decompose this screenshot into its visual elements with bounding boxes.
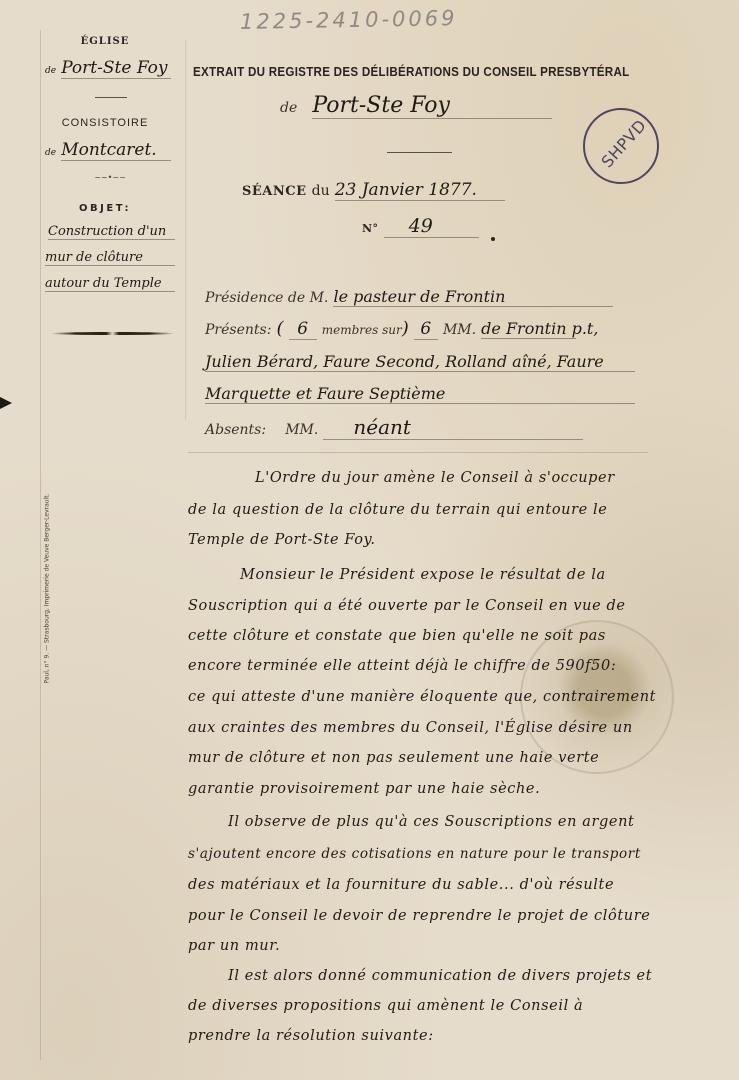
body-line: aux craintes des membres du Conseil, l'É… [188,720,633,736]
stamp-text: SHPVD [597,116,650,172]
body-line: Il observe de plus qu'à ces Souscription… [228,814,634,830]
location-prefix: de [280,100,297,116]
column-divider [185,40,186,420]
session-date: 23 Janvier 1877. [335,180,505,201]
presidence-value: le pasteur de Frontin [333,287,613,307]
body-line: Temple de Port-Ste Foy. [188,532,376,548]
number-dot [491,237,495,241]
objet-line-1: Construction d'un [48,224,175,240]
body-line: Souscription qui a été ouverte par le Co… [188,598,626,614]
presidence-row: Présidence de M. le pasteur de Frontin [205,287,635,307]
body-line: mur de clôture et non pas seulement une … [188,750,599,766]
absents-value: néant [323,415,583,440]
consistoire-prefix: de [45,148,56,158]
absents-row: Absents: MM. néant [205,415,635,440]
eglise-value: Port-Ste Foy [61,58,171,79]
eglise-field: de Port-Ste Foy [45,58,175,80]
sidebar-rule [95,97,127,98]
attendance-divider [188,452,648,453]
body-line: Il est alors donné communication de dive… [228,968,652,984]
body-line: pour le Conseil le devoir de reprendre l… [188,908,650,924]
location-value: Port-Ste Foy [312,93,552,119]
header-rule [387,152,452,153]
body-line: des matériaux et la fourniture du sable.… [188,877,614,893]
shpvd-stamp: SHPVD [583,108,659,184]
session-date-field: SÉANCE du 23 Janvier 1877. [242,180,542,201]
printer-imprint: Paul, n° 9. — Strasbourg, Imprimerie de … [44,493,51,683]
presents-row: Présents: ( 6 membres sur) 6 MM. de Fron… [205,318,675,340]
body-line: encore terminée elle atteint déjà le chi… [188,658,616,674]
objet-line-3: autour du Temple [45,276,175,292]
body-line: s'ajoutent encore des cotisations en nat… [188,846,641,862]
session-number-field: N° 49 [362,215,502,238]
objet-label: OBJET: [30,203,180,214]
body-line: Monsieur le Président expose le résultat… [240,567,606,583]
archive-reference: 1225-2410-0069 [240,6,458,34]
presidence-label: Présidence de M. [205,290,328,306]
body-line: L'Ordre du jour amène le Conseil à s'occ… [255,470,615,486]
objet-line-2: mur de clôture [45,250,175,266]
presents-names-line-2: Julien Bérard, Faure Second, Rolland aîn… [205,352,635,372]
members-total: 6 [414,319,438,340]
absents-label: Absents: [205,422,266,438]
du-label: du [312,183,330,199]
presents-names-line-1: de Frontin p.t, [481,319,576,339]
session-number: 49 [384,215,479,238]
page-edge-marker [0,397,12,409]
presents-label: Présents: [205,322,271,338]
ornament: ~~•~~ [85,173,135,182]
absents-prefix: MM. [285,422,318,438]
location-field: de Port-Ste Foy [280,93,570,119]
presents-names-line-3: Marquette et Faure Septième [205,384,635,404]
number-label: N° [362,222,379,235]
body-line: prendre la résolution suivante: [188,1028,434,1044]
body-line: de diverses propositions qui amènent le … [188,998,583,1014]
body-line: garantie provisoirement par une haie sèc… [188,781,540,797]
members-on-label: membres sur [322,323,402,337]
consistoire-label: CONSISTOIRE [30,117,180,129]
body-line: par un mur. [188,938,280,954]
body-line: de la question de la clôture du terrain … [188,502,607,518]
body-line: ce qui atteste d'une manière éloquente q… [188,689,656,705]
consistoire-value: Montcaret. [61,140,171,161]
eglise-prefix: de [45,66,56,76]
presents-names-prefix: MM. [443,322,476,338]
seance-label: SÉANCE [242,184,307,199]
presents-count: 6 [289,319,317,340]
eglise-label: ÉGLISE [30,36,180,47]
document-page: 1225-2410-0069 ÉGLISE de Port-Ste Foy CO… [0,0,739,1080]
left-margin-line [40,30,41,1060]
consistoire-field: de Montcaret. [45,140,175,162]
sidebar-ornament-rule [50,332,175,335]
page-title: EXTRAIT DU REGISTRE DES DÉLIBÉRATIONS DU… [193,64,629,79]
body-line: cette clôture et constate que bien qu'el… [188,628,606,644]
